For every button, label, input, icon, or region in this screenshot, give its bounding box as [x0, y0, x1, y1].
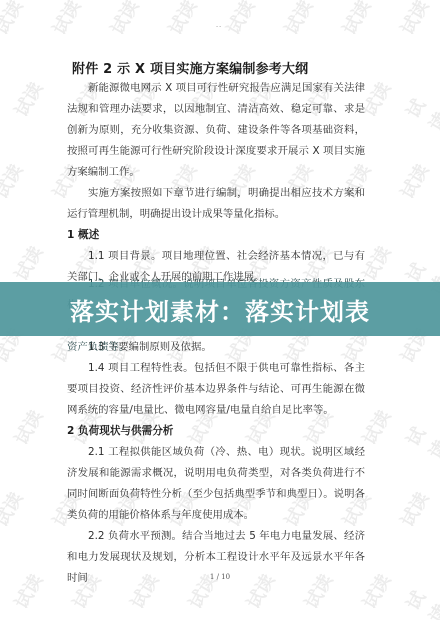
document-body-top: 新能源微电网示 X 项目可行性研究报告应满足国家有关法律法规和管理办法要求，以因…	[67, 78, 365, 288]
paragraph-chapters: 实施方案按照如下章节进行编制，明确提出相应技术方案和运行管理机制，明确提出设计成…	[67, 183, 365, 225]
document-title: 附件 2 示 X 项目实施方案编制参考大纲	[72, 58, 308, 77]
section-heading-load: 2 负荷现状与供需分析	[67, 421, 365, 442]
paragraph-1-2-line3: 资产负债等。	[67, 337, 365, 358]
header-mark: --	[216, 23, 222, 30]
paragraph-2-1: 2.1 工程拟供能区域负荷（冷、热、电）现状。说明区域经济发展和能源需求概况，说…	[67, 442, 365, 526]
document-body-bottom: 1.3 主要编制原则及依据。 1.4 项目工程特性表。包括但不限于供电可靠性指标…	[67, 337, 365, 589]
paragraph-intro: 新能源微电网示 X 项目可行性研究报告应满足国家有关法律法规和管理办法要求，以因…	[67, 78, 365, 183]
title-banner: 落实计划素材：落实计划表	[0, 282, 440, 336]
banner-title: 落实计划素材：落实计划表	[70, 292, 370, 327]
section-heading-overview: 1 概述	[67, 225, 365, 246]
page-number: 1 / 10	[0, 573, 440, 581]
paragraph-1-4: 1.4 项目工程特性表。包括但不限于供电可靠性指标、各主要项目投资、经济性评价基…	[67, 358, 365, 421]
